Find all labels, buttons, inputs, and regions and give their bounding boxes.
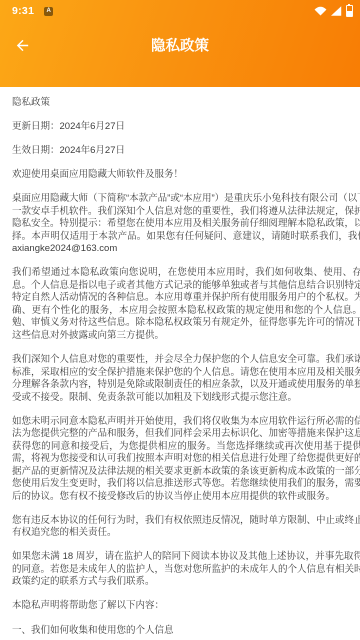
header: 9:31 A 隐私政 (0, 0, 360, 87)
policy-paragraph: 桌面应用隐藏大师（下简称“本款产品”或“本应用”）是重庆乐小兔科技有限公司（以下… (12, 193, 360, 256)
notification-app-icon: A (44, 7, 53, 16)
status-bar: 9:31 A (0, 0, 360, 20)
policy-heading: 隐私政策 (12, 97, 360, 110)
policy-paragraph: 我们希望通过本隐私政策向您说明，在您使用本应用时，我们如何收集、使用、存储、分享… (12, 267, 360, 342)
policy-effective-date: 生效日期：2024年6月27日 (12, 145, 360, 158)
policy-toc-intro: 本隐私声明将帮助您了解以下内容： (12, 600, 360, 613)
policy-paragraph: 如果您未满 18 周岁，请在监护人的陪同下阅读本协议及其他上述协议，并事先取得您… (12, 551, 360, 589)
policy-paragraph: 我们深知个人信息对您的重要性，并会尽全力保护您的个人信息安全可靠。我们承诺将按业… (12, 354, 360, 404)
cellular-signal-icon (331, 6, 342, 16)
privacy-policy-screen: 9:31 A 隐私政 (0, 0, 360, 640)
policy-paragraph: 您有违反本协议的任何行为时，我们有权依照违反情况，随时单方限制、中止或终止向您提… (12, 515, 360, 540)
battery-icon (346, 5, 353, 17)
page-title: 隐私政策 (0, 35, 360, 56)
status-icons (314, 5, 353, 17)
app-bar: 隐私政策 (0, 20, 360, 70)
notification-icon-glyph: A (47, 8, 51, 14)
wifi-icon (314, 6, 327, 16)
privacy-policy-scroll-area[interactable]: 隐私政策 更新日期：2024年6月27日 生效日期：2024年6月27日 欢迎使… (0, 87, 360, 637)
policy-toc-item-clipped: 一、我们如何收集和使用您的个人信息 (12, 625, 360, 638)
policy-update-date: 更新日期：2024年6月27日 (12, 121, 360, 134)
policy-welcome: 欢迎使用桌面应用隐藏大师软件及服务！ (12, 169, 360, 182)
policy-paragraph: 如您未明示同意本隐私声明并开始使用，我们将仅收集为本应用软件运行所必需的信息，这… (12, 416, 360, 504)
status-time: 9:31 (12, 5, 34, 17)
